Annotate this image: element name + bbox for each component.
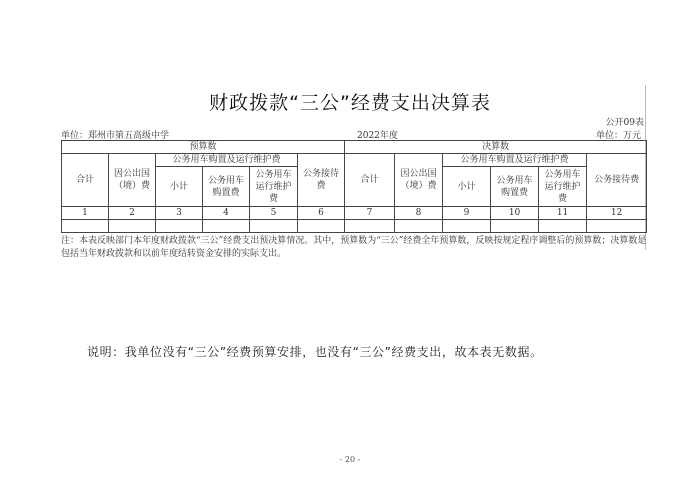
group-header-row: 预算数 决算数 xyxy=(62,141,647,154)
data-cell xyxy=(539,220,587,233)
final-subtotal-header: 小计 xyxy=(443,167,491,207)
final-total-header: 合计 xyxy=(345,154,395,207)
budget-total-header: 合计 xyxy=(62,154,109,207)
column-index: 5 xyxy=(250,207,298,220)
budget-vehicle-group-header: 公务用车购置及运行维护费 xyxy=(156,154,298,167)
table-number: 公开09表 xyxy=(606,115,644,128)
column-index: 9 xyxy=(443,207,491,220)
column-index: 12 xyxy=(587,207,647,220)
data-cell xyxy=(62,220,109,233)
data-cell xyxy=(345,220,395,233)
budget-abroad-header: 因公出国（境）费 xyxy=(109,154,156,207)
final-abroad-header: 因公出国（境）费 xyxy=(395,154,443,207)
final-group-header: 决算数 xyxy=(345,141,647,154)
column-index: 8 xyxy=(395,207,443,220)
column-index: 10 xyxy=(491,207,539,220)
column-index: 4 xyxy=(203,207,250,220)
data-row xyxy=(62,220,647,233)
column-index: 1 xyxy=(62,207,109,220)
explanation-text: 说明：我单位没有“三公”经费预算安排，也没有“三公”经费支出，故本表无数据。 xyxy=(87,343,543,360)
column-index: 2 xyxy=(109,207,156,220)
document-title: 财政拨款“三公”经费支出决算表 xyxy=(0,88,700,115)
page-number: - 20 - xyxy=(0,455,700,464)
budget-vehicle-purchase-header: 公务用车购置费 xyxy=(203,167,250,207)
three-public-expenses-table: 预算数 决算数 合计 因公出国（境）费 公务用车购置及运行维护费 公务接待费 合… xyxy=(61,140,647,233)
budget-group-header: 预算数 xyxy=(62,141,345,154)
column-index: 6 xyxy=(298,207,345,220)
data-cell xyxy=(156,220,203,233)
budget-subtotal-header: 小计 xyxy=(156,167,203,207)
table-footnote: 注：本表反映部门本年度财政拨款“三公”经费支出预决算情况。其中，预算数为“三公”… xyxy=(61,235,651,261)
data-cell xyxy=(109,220,156,233)
column-index: 11 xyxy=(539,207,587,220)
data-cell xyxy=(491,220,539,233)
final-reception-header: 公务接待费 xyxy=(587,154,647,207)
final-vehicle-group-header: 公务用车购置及运行维护费 xyxy=(443,154,587,167)
data-cell xyxy=(250,220,298,233)
sub-header-row: 合计 因公出国（境）费 公务用车购置及运行维护费 公务接待费 合计 因公出国（境… xyxy=(62,154,647,167)
budget-reception-header: 公务接待费 xyxy=(298,154,345,207)
data-cell xyxy=(443,220,491,233)
data-cell xyxy=(587,220,647,233)
final-vehicle-purchase-header: 公务用车购置费 xyxy=(491,167,539,207)
data-cell xyxy=(203,220,250,233)
column-index: 3 xyxy=(156,207,203,220)
budget-vehicle-operation-header: 公务用车运行维护费 xyxy=(250,167,298,207)
data-cell xyxy=(395,220,443,233)
table-meta-row: 单位：郑州市第五高级中学 2022年度 单位：万元 xyxy=(61,128,645,140)
final-vehicle-operation-header: 公务用车运行维护费 xyxy=(539,167,587,207)
data-cell xyxy=(298,220,345,233)
column-index: 7 xyxy=(345,207,395,220)
column-index-row: 1 2 3 4 5 6 7 8 9 10 11 12 xyxy=(62,207,647,220)
